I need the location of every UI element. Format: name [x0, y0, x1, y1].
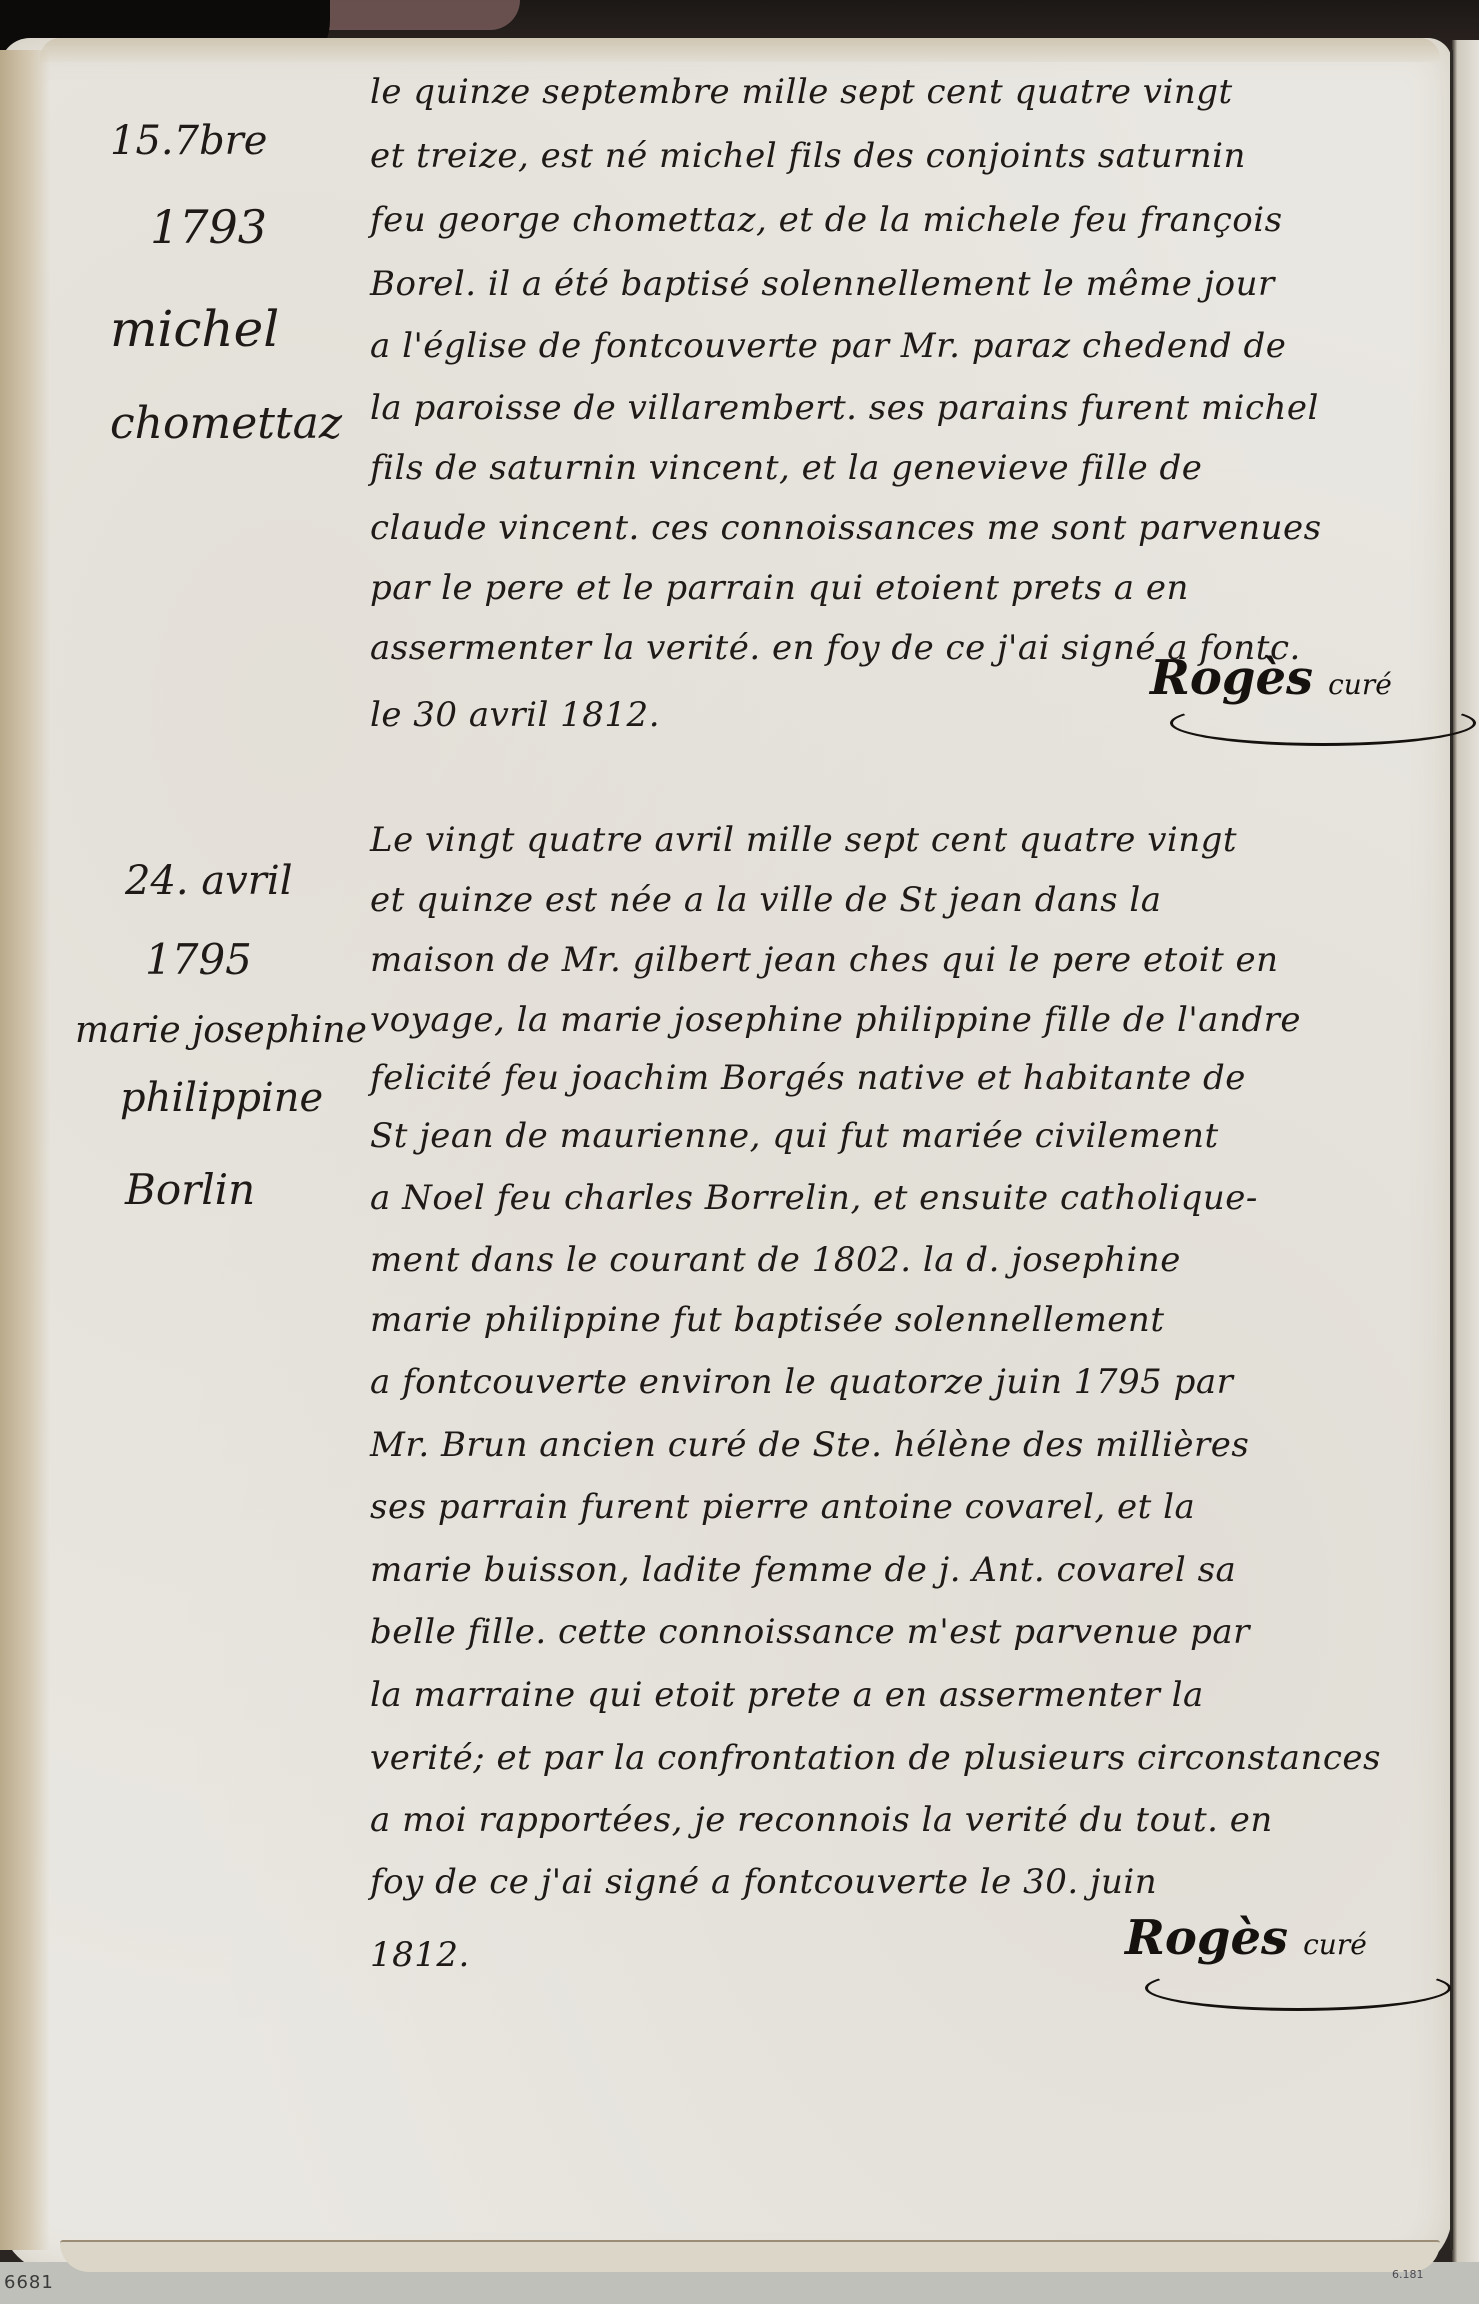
entry-2-line-15: la marraine qui etoit prete a en asserme… [370, 1675, 1204, 1715]
entry-1-line-11: le 30 avril 1812. [370, 695, 660, 735]
entry-2-line-7: a Noel feu charles Borrelin, et ensuite … [370, 1178, 1258, 1218]
entry-1-margin-date: 15.7bre [110, 118, 267, 164]
entry-2-margin-given-name-2: philippine [120, 1075, 323, 1121]
signature-name: Rogès [1125, 1910, 1288, 1966]
entry-1-line-1: le quinze septembre mille sept cent quat… [370, 72, 1233, 112]
entry-1-line-9: par le pere et le parrain qui etoient pr… [370, 568, 1189, 608]
binding-gutter [1452, 40, 1479, 2304]
entry-2-line-11: Mr. Brun ancien curé de Ste. hélène des … [370, 1425, 1249, 1465]
torn-bottom-edge [60, 2240, 1440, 2272]
entry-1-margin-surname: chomettaz [110, 398, 342, 449]
entry-2-line-17: a moi rapportées, je reconnois la verité… [370, 1800, 1273, 1840]
signature-flourish [1145, 1965, 1451, 2011]
footer-label-left: 6681 [4, 2272, 54, 2293]
entry-1-signature: Rogès curé [1150, 650, 1392, 706]
entry-1-margin-given-name: michel [110, 300, 279, 358]
entry-2-signature: Rogès curé [1125, 1910, 1367, 1966]
entry-2-line-5: felicité feu joachim Borgés native et ha… [370, 1058, 1246, 1098]
entry-2-line-3: maison de Mr. gilbert jean ches qui le p… [370, 940, 1279, 980]
entry-1-line-8: claude vincent. ces connoissances me son… [370, 508, 1322, 548]
entry-2-line-9: marie philippine fut baptisée solennelle… [370, 1300, 1165, 1340]
signature-flourish [1170, 700, 1476, 746]
page-top-edge [40, 38, 1440, 62]
entry-2-line-12: ses parrain furent pierre antoine covare… [370, 1487, 1195, 1527]
entry-2-line-6: St jean de maurienne, qui fut mariée civ… [370, 1116, 1219, 1156]
gutter-line [1450, 50, 1453, 2250]
entry-2-line-8: ment dans le courant de 1802. la d. jose… [370, 1240, 1181, 1280]
entry-2-line-13: marie buisson, ladite femme de j. Ant. c… [370, 1550, 1236, 1590]
entry-2-line-18: foy de ce j'ai signé a fontcouverte le 3… [370, 1862, 1157, 1902]
entry-1-line-6: la paroisse de villarembert. ses parains… [370, 388, 1319, 428]
entry-1-line-3: feu george chomettaz, et de la michele f… [370, 200, 1283, 240]
signature-title: curé [1328, 668, 1392, 701]
entry-1-line-5: a l'église de fontcouverte par Mr. paraz… [370, 326, 1286, 366]
footer-label-right: 6.181 [1392, 2268, 1424, 2281]
entry-2-line-10: a fontcouverte environ le quatorze juin … [370, 1362, 1233, 1402]
entry-2-line-14: belle fille. cette connoissance m'est pa… [370, 1612, 1250, 1652]
page-left-edge [0, 50, 50, 2250]
entry-1-margin-year: 1793 [150, 200, 267, 254]
entry-2-margin-date: 24. avril [125, 858, 292, 904]
entry-2-margin-surname: Borlin [125, 1165, 255, 1214]
entry-2-margin-year: 1795 [145, 935, 252, 984]
entry-2-line-19: 1812. [370, 1935, 470, 1975]
entry-1-line-7: fils de saturnin vincent, et la geneviev… [370, 448, 1202, 488]
entry-2-line-1: Le vingt quatre avril mille sept cent qu… [370, 820, 1237, 860]
entry-2-line-2: et quinze est née a la ville de St jean … [370, 880, 1162, 920]
entry-2-line-16: verité; et par la confrontation de plusi… [370, 1738, 1381, 1778]
signature-name: Rogès [1150, 650, 1313, 706]
signature-title: curé [1303, 1928, 1367, 1961]
entry-1-line-4: Borel. il a été baptisé solennellement l… [370, 264, 1275, 304]
entry-2-line-4: voyage, la marie josephine philippine fi… [370, 1000, 1301, 1040]
entry-2-margin-given-name-1: marie josephine [75, 1010, 367, 1051]
entry-1-line-2: et treize, est né michel fils des conjoi… [370, 136, 1246, 176]
